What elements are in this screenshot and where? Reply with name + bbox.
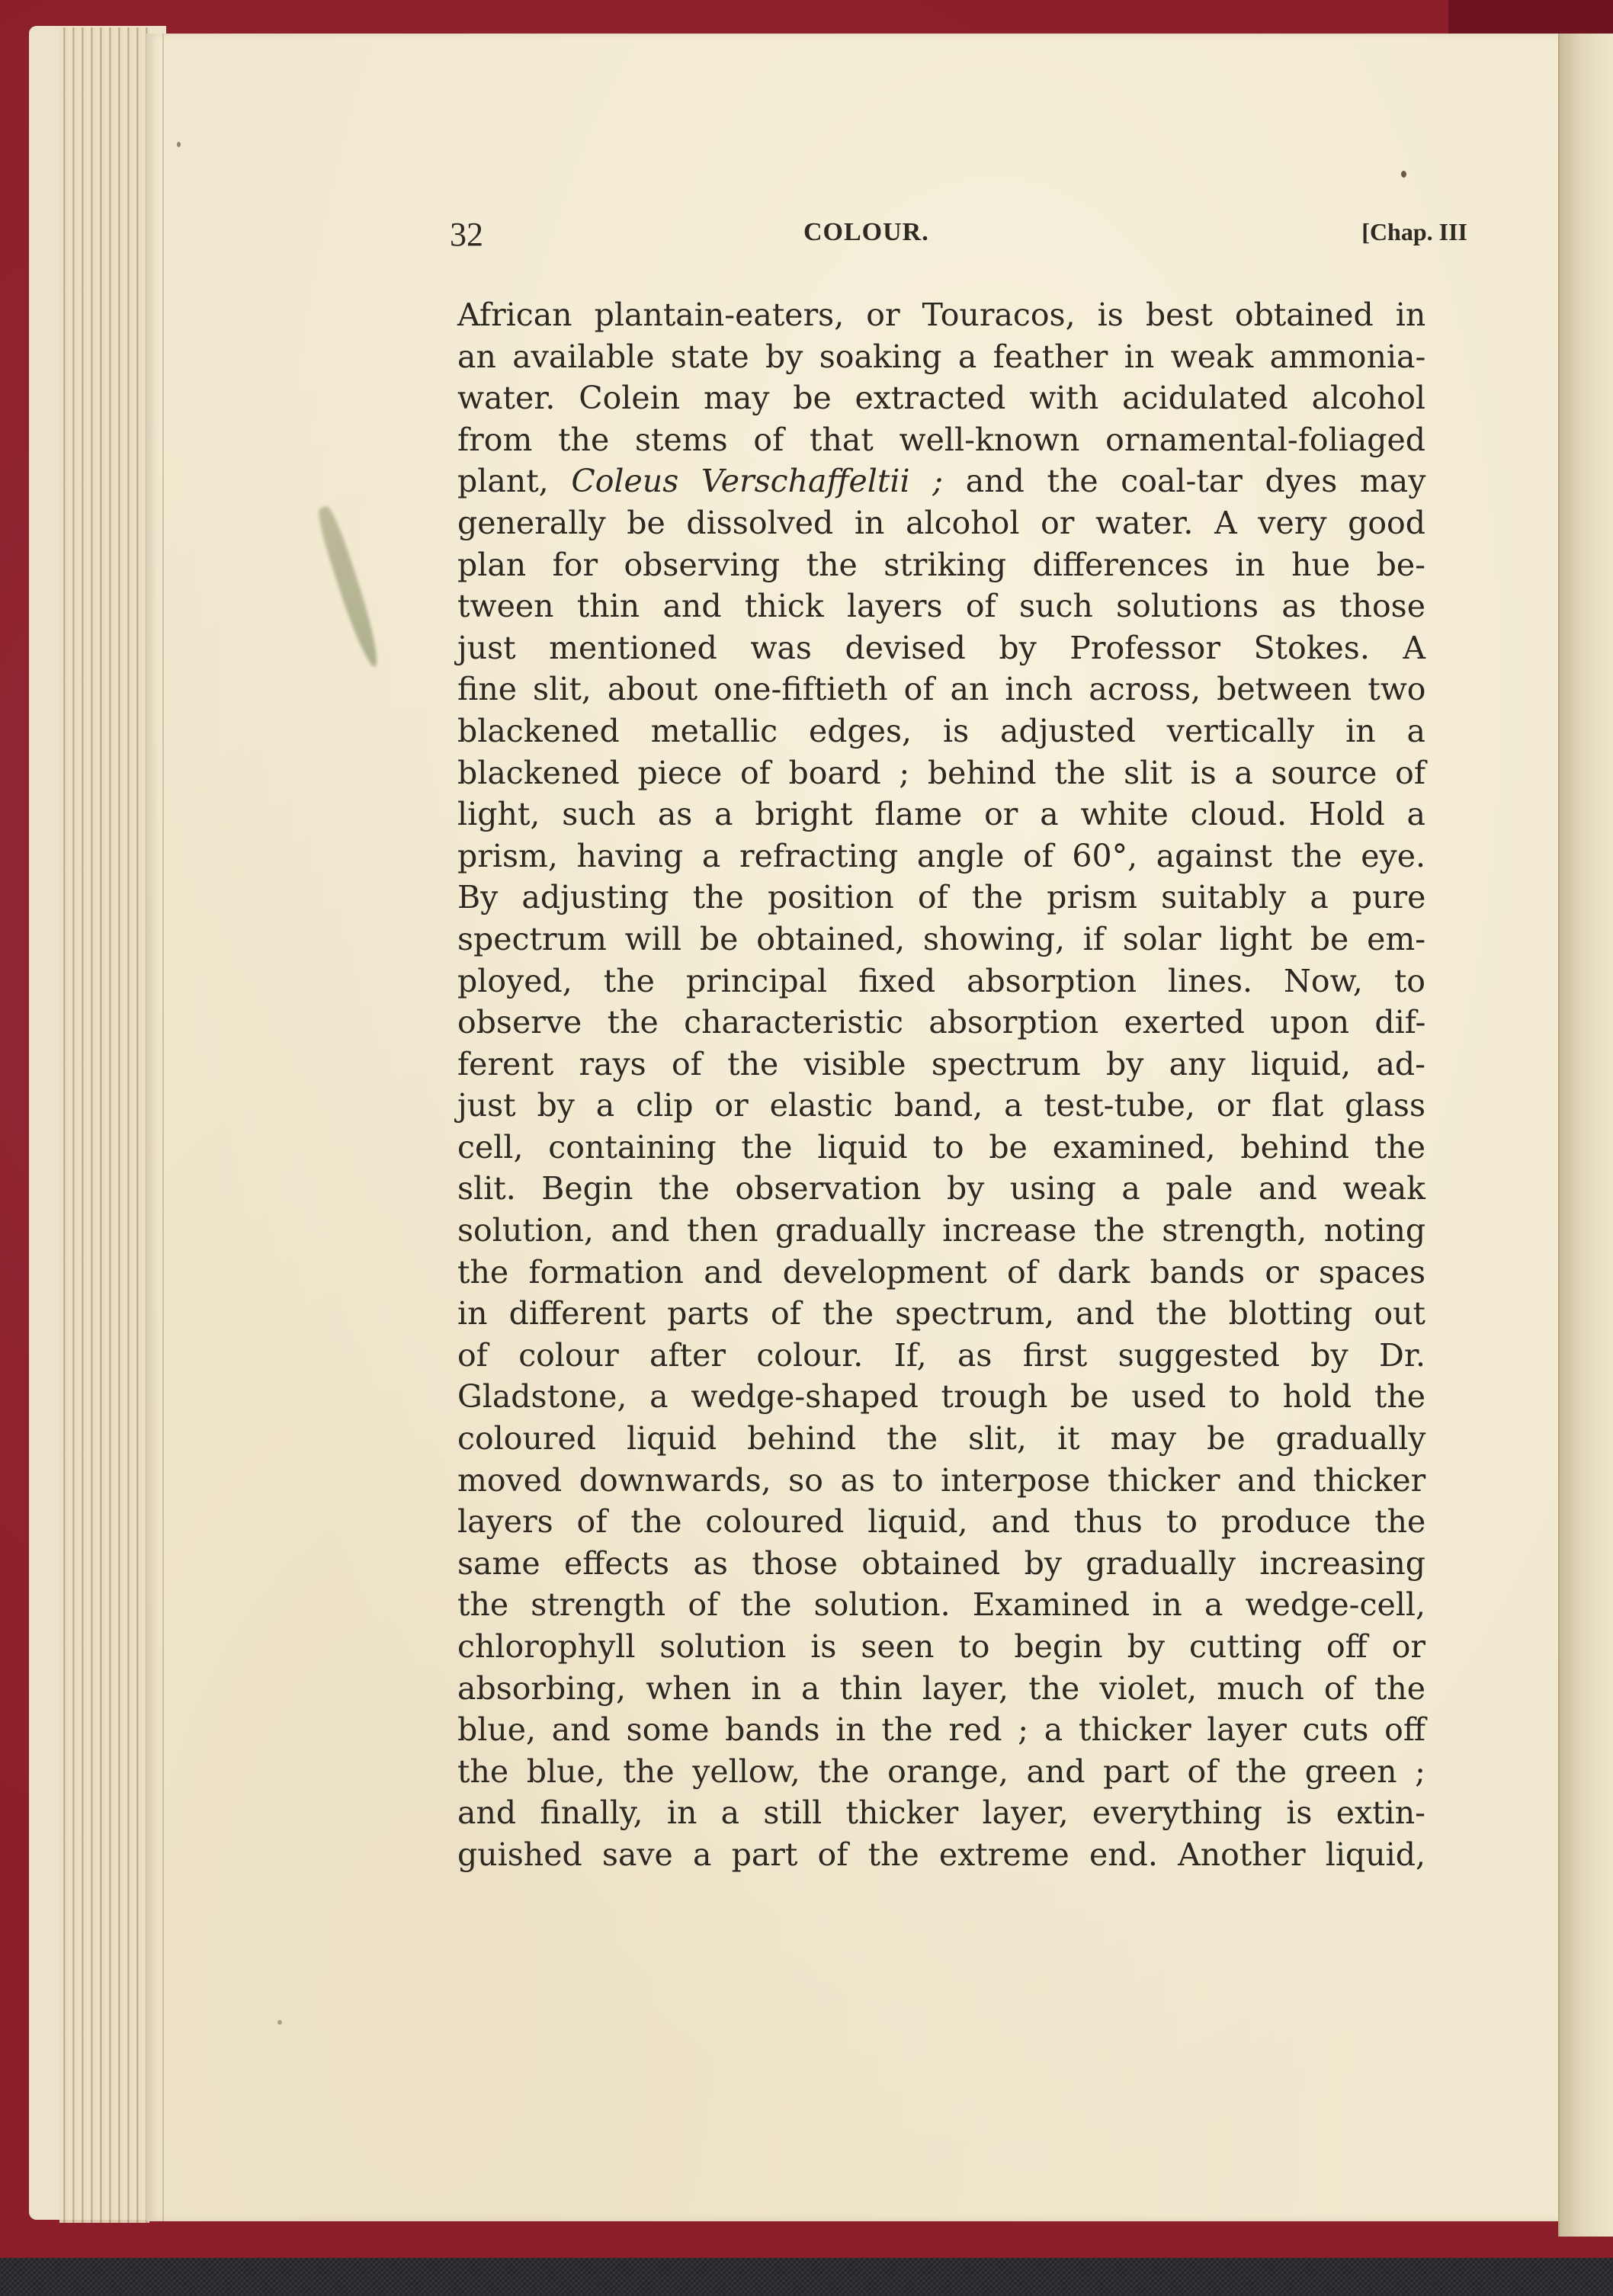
text-line: water. Colein may be extracted with acid… (457, 377, 1425, 419)
ink-speck (277, 2020, 282, 2025)
text-line: and finally, in a still thicker layer, e… (457, 1792, 1425, 1834)
text-fragment: and the coal-tar dyes may (943, 463, 1425, 499)
text-line: plan for observing the striking differen… (457, 544, 1425, 586)
text-fragment: plant, (457, 463, 571, 499)
text-line: the strength of the solution. Examined i… (457, 1584, 1425, 1626)
text-line: blackened piece of board ; behind the sl… (457, 752, 1425, 794)
species-name: Coleus Verschaffeltii ; (571, 463, 943, 499)
facing-page-edge (1558, 34, 1613, 2237)
page-number: 32 (450, 215, 483, 254)
text-line: chlorophyll solution is seen to begin by… (457, 1626, 1425, 1668)
text-line: from the stems of that well-known orname… (457, 419, 1425, 461)
ink-speck (1401, 171, 1406, 178)
text-line: fine slit, about one-fiftieth of an inch… (457, 669, 1425, 710)
text-line: observe the characteristic absorption ex… (457, 1002, 1425, 1044)
text-line: in different parts of the spectrum, and … (457, 1293, 1425, 1335)
text-line: slit. Begin the observation by using a p… (457, 1168, 1425, 1210)
text-line: just mentioned was devised by Professor … (457, 627, 1425, 669)
text-line: prism, having a refracting angle of 60°,… (457, 835, 1425, 877)
text-line: the formation and development of dark ba… (457, 1252, 1425, 1294)
text-line: ployed, the principal fixed absorption l… (457, 960, 1425, 1002)
ink-speck (177, 142, 181, 147)
gutter-line (162, 34, 164, 2221)
page-header: 32 COLOUR. [Chap. III (450, 215, 1433, 261)
text-line: absorbing, when in a thin layer, the vio… (457, 1668, 1425, 1710)
text-line: By adjusting the position of the prism s… (457, 877, 1425, 919)
chapter-label: [Chap. III (1361, 218, 1467, 246)
text-line: blackened metallic edges, is adjusted ve… (457, 710, 1425, 752)
text-line: same effects as those obtained by gradua… (457, 1543, 1425, 1585)
text-line: the blue, the yellow, the orange, and pa… (457, 1751, 1425, 1793)
text-line: Gladstone, a wedge-shaped trough be used… (457, 1376, 1425, 1418)
text-line: plant, Coleus Verschaffeltii ; and the c… (457, 460, 1425, 502)
text-line: African plantain-eaters, or Touracos, is… (457, 294, 1425, 336)
text-line: light, such as a bright flame or a white… (457, 794, 1425, 835)
page-edges (59, 27, 149, 2223)
text-line: generally be dissolved in alcohol or wat… (457, 502, 1425, 544)
text-line: guished save a part of the extreme end. … (457, 1834, 1425, 1876)
text-line: just by a clip or elastic band, a test-t… (457, 1085, 1425, 1127)
text-line: moved downwards, so as to interpose thic… (457, 1460, 1425, 1502)
text-line: an available state by soaking a feather … (457, 336, 1425, 378)
text-line: of colour after colour. If, as first sug… (457, 1335, 1425, 1377)
text-line: solution, and then gradually increase th… (457, 1210, 1425, 1252)
text-line: blue, and some bands in the red ; a thic… (457, 1709, 1425, 1751)
text-line: spectrum will be obtained, showing, if s… (457, 919, 1425, 960)
book-cover-edge (1448, 0, 1613, 34)
text-line: ferent rays of the visible spectrum by a… (457, 1044, 1425, 1085)
text-line: cell, containing the liquid to be examin… (457, 1127, 1425, 1169)
text-line: layers of the coloured liquid, and thus … (457, 1501, 1425, 1543)
text-line: tween thin and thick layers of such solu… (457, 585, 1425, 627)
text-line: coloured liquid behind the slit, it may … (457, 1418, 1425, 1460)
running-title: COLOUR. (803, 218, 929, 247)
body-text: African plantain-eaters, or Touracos, is… (457, 294, 1425, 1876)
